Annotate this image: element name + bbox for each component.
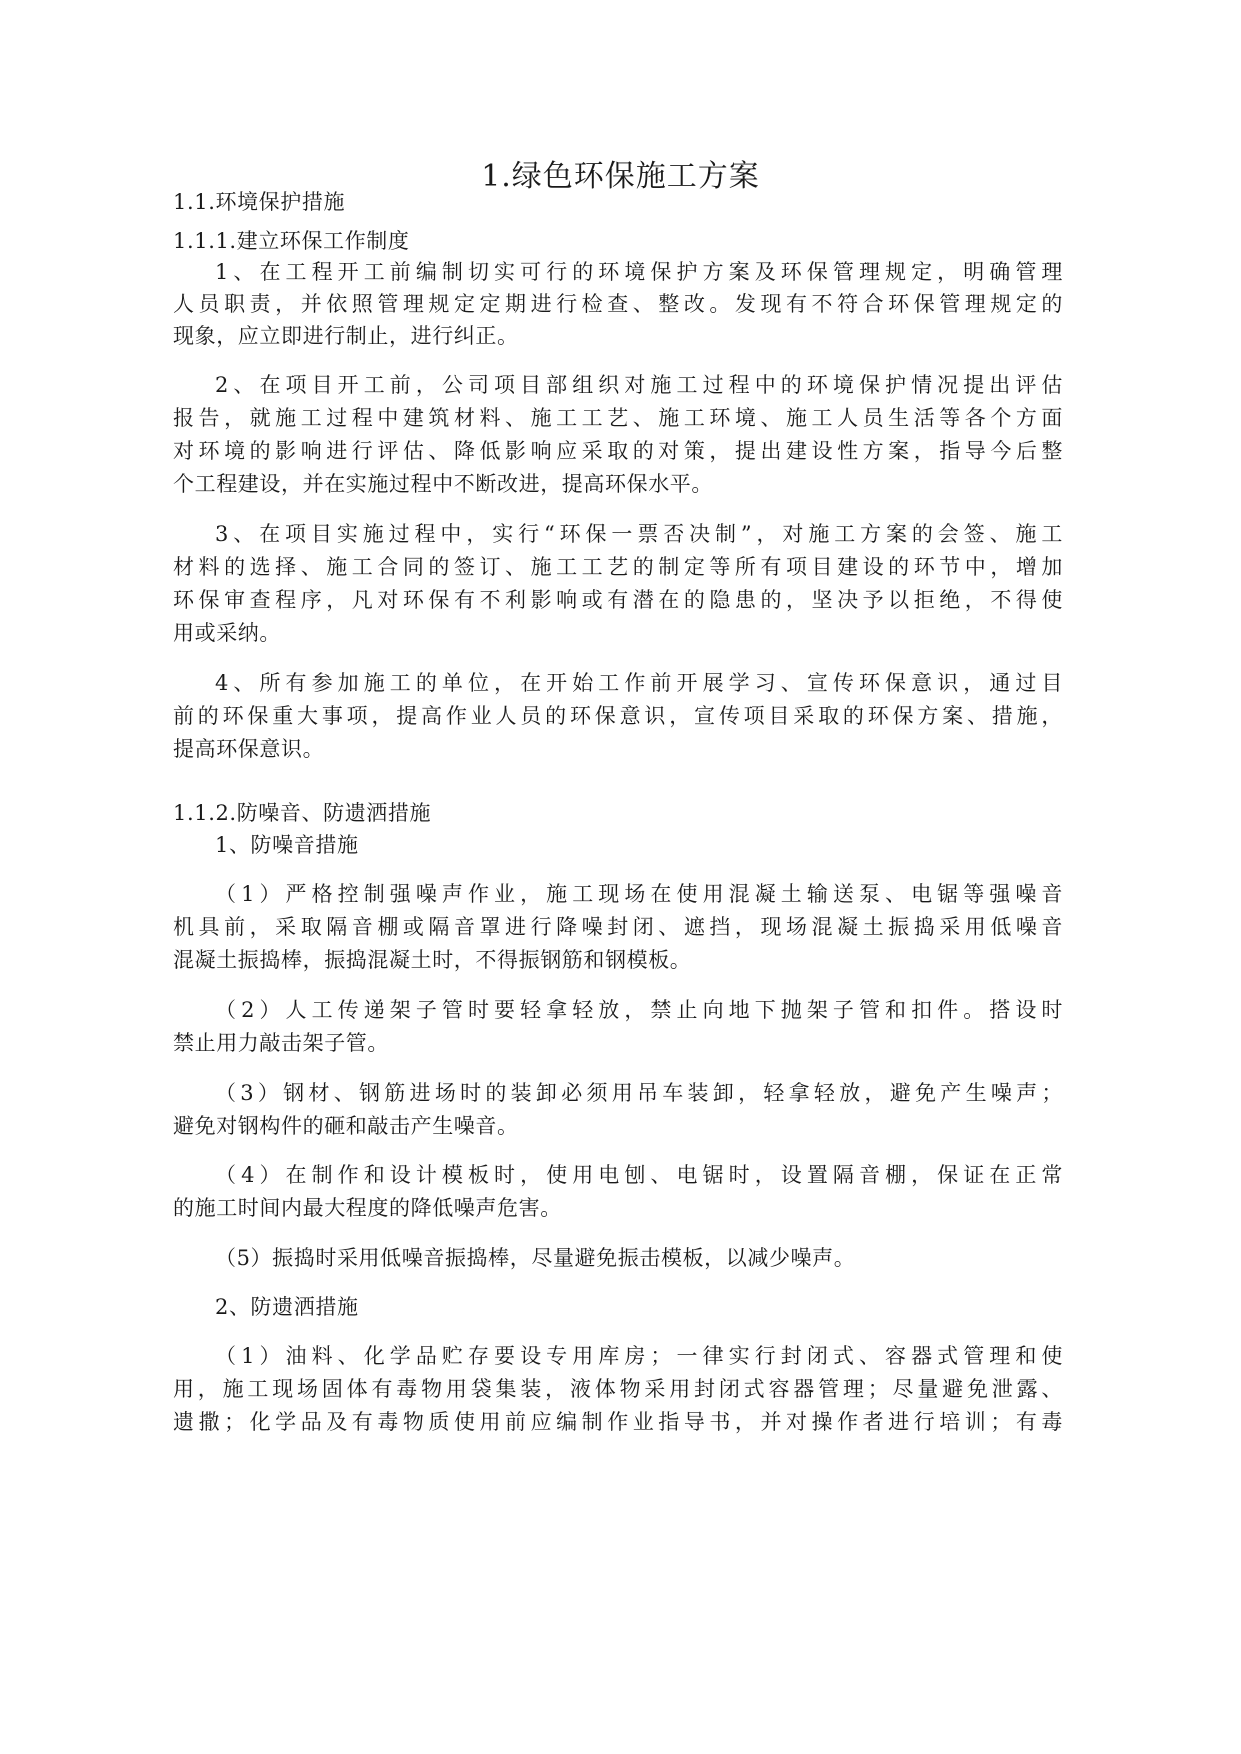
paragraph-line: 4、所有参加施工的单位，在开始工作前开展学习、宣传环保意识，通过目	[215, 668, 1063, 698]
list-item-line: （1）严格控制强噪声作业，施工现场在使用混凝土输送泵、电锯等强噪音	[215, 879, 1063, 909]
section-heading-1-1-1: 1.1.1.建立环保工作制度	[173, 226, 410, 256]
list-item-line: 禁止用力敲击架子管。	[173, 1028, 389, 1058]
list-item-line: （2）人工传递架子管时要轻拿轻放，禁止向地下抛架子管和扣件。搭设时	[215, 995, 1063, 1025]
paragraph-line: 用或采纳。	[173, 618, 281, 648]
paragraph-line: 人员职责，并依照管理规定定期进行检查、整改。发现有不符合环保管理规定的	[173, 289, 1063, 319]
list-item-line: 混凝土振捣棒，振捣混凝土时，不得振钢筋和钢模板。	[173, 945, 691, 975]
list-item-line: 避免对钢构件的砸和敲击产生噪音。	[173, 1111, 519, 1141]
list-item-line: （1）油料、化学品贮存要设专用库房；一律实行封闭式、容器式管理和使	[215, 1341, 1063, 1371]
list-item-line: 的施工时间内最大程度的降低噪声危害。	[173, 1193, 562, 1223]
list-item-line: （5）振捣时采用低噪音振捣棒，尽量避免振击模板，以减少噪声。	[215, 1243, 855, 1273]
list-item-line: （4）在制作和设计模板时，使用电刨、电锯时，设置隔音棚，保证在正常	[215, 1160, 1063, 1190]
list-item-line: 用，施工现场固体有毒物用袋集装，液体物采用封闭式容器管理；尽量避免泄露、	[173, 1374, 1063, 1404]
paragraph-line: 报告，就施工过程中建筑材料、施工工艺、施工环境、施工人员生活等各个方面	[173, 403, 1063, 433]
list-item-line: 机具前，采取隔音棚或隔音罩进行降噪封闭、遮挡，现场混凝土振捣采用低噪音	[173, 912, 1063, 942]
paragraph-line: 环保审查程序，凡对环保有不利影响或有潜在的隐患的，坚决予以拒绝，不得使	[173, 585, 1063, 615]
subsection-heading-noise: 1、防噪音措施	[215, 830, 359, 860]
paragraph-line: 1、在工程开工前编制切实可行的环境保护方案及环保管理规定，明确管理	[215, 257, 1063, 287]
subsection-heading-spill: 2、防遗洒措施	[215, 1292, 359, 1322]
paragraph-line: 材料的选择、施工合同的签订、施工工艺的制定等所有项目建设的环节中，增加	[173, 552, 1063, 582]
document-page: 1.绿色环保施工方案 1.1.环境保护措施 1.1.1.建立环保工作制度 1、在…	[0, 0, 1241, 1754]
paragraph-line: 2、在项目开工前，公司项目部组织对施工过程中的环境保护情况提出评估	[215, 370, 1063, 400]
paragraph-line: 对环境的影响进行评估、降低影响应采取的对策，提出建设性方案，指导今后整	[173, 436, 1063, 466]
section-heading-1-1: 1.1.环境保护措施	[173, 187, 345, 217]
list-item-line: 遗撒；化学品及有毒物质使用前应编制作业指导书，并对操作者进行培训；有毒	[173, 1407, 1063, 1437]
paragraph-line: 现象，应立即进行制止，进行纠正。	[173, 321, 519, 351]
paragraph-line: 个工程建设，并在实施过程中不断改进，提高环保水平。	[173, 469, 713, 499]
paragraph-line: 前的环保重大事项，提高作业人员的环保意识，宣传项目采取的环保方案、措施，	[173, 701, 1063, 731]
paragraph-line: 提高环保意识。	[173, 734, 324, 764]
paragraph-line: 3、在项目实施过程中，实行“环保一票否决制”，对施工方案的会签、施工	[215, 519, 1063, 549]
list-item-line: （3）钢材、钢筋进场时的装卸必须用吊车装卸，轻拿轻放，避免产生噪声；	[215, 1078, 1063, 1108]
section-heading-1-1-2: 1.1.2.防噪音、防遗洒措施	[173, 798, 431, 828]
